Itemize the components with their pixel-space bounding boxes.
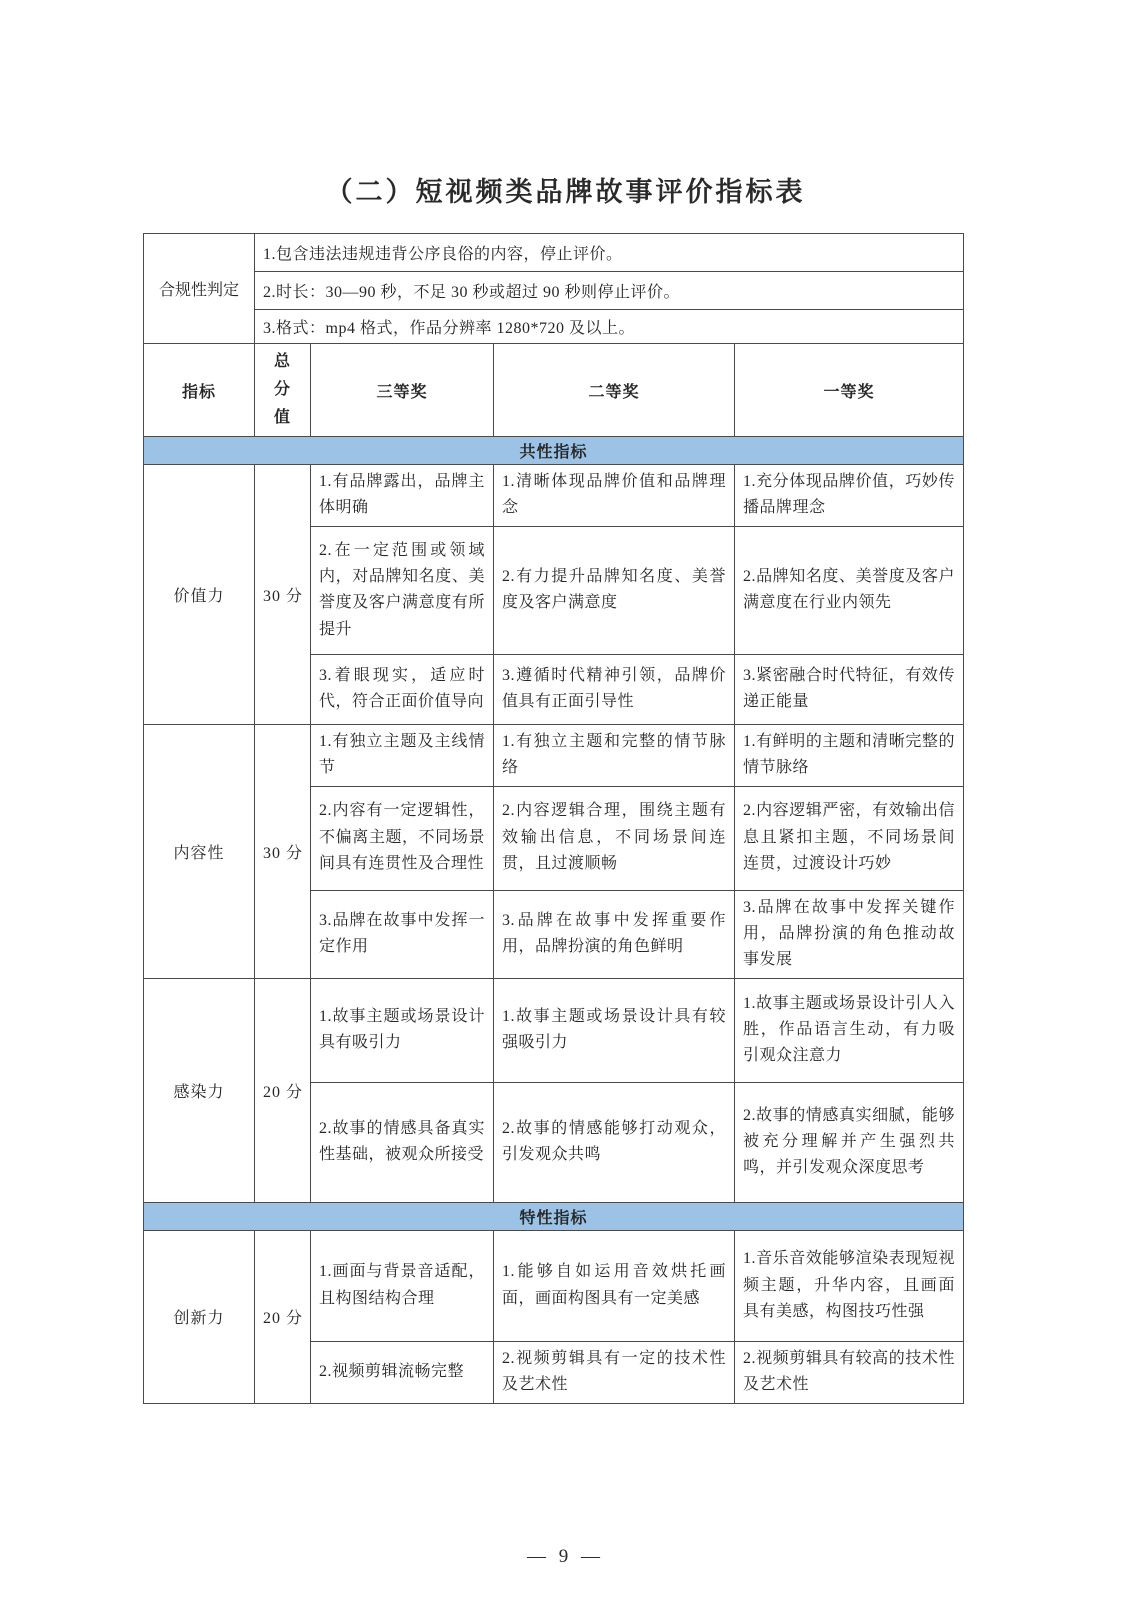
grade-cell-third: 1.故事主题或场景设计具有吸引力 [311,978,494,1082]
page-title: （二）短视频类品牌故事评价指标表 [0,170,1131,209]
table-row: 内容性 30 分 1.有独立主题及主线情节 1.有独立主题和完整的情节脉络 1.… [144,724,964,786]
group-name-content: 内容性 [144,724,255,978]
grade-cell-second: 2.有力提升品牌知名度、美誉度及客户满意度 [494,526,735,654]
group-name-appeal: 感染力 [144,978,255,1202]
page-number: — 9 — [0,1546,1131,1568]
group-score-appeal: 20 分 [255,978,311,1202]
grade-cell-first: 3.品牌在故事中发挥关键作用，品牌扮演的角色推动故事发展 [735,890,964,978]
grade-cell-third: 2.内容有一定逻辑性，不偏离主题，不同场景间具有连贯性及合理性 [311,786,494,890]
grade-cell-second: 2.故事的情感能够打动观众，引发观众共鸣 [494,1082,735,1202]
header-total-score: 总分值 [255,344,311,437]
grade-cell-third: 1.画面与背景音适配，且构图结构合理 [311,1230,494,1341]
grade-cell-third: 2.视频剪辑流畅完整 [311,1341,494,1403]
group-score-innovation: 20 分 [255,1230,311,1403]
grade-cell-first: 1.音乐音效能够渲染表现短视频主题，升华内容，且画面具有美感，构图技巧性强 [735,1230,964,1341]
header-total-score-text: 总分值 [273,348,291,432]
grade-cell-first: 2.故事的情感真实细腻，能够被充分理解并产生强烈共鸣，并引发观众深度思考 [735,1082,964,1202]
compliance-item-3: 3.格式：mp4 格式，作品分辨率 1280*720 及以上。 [255,310,964,344]
grade-cell-second: 1.有独立主题和完整的情节脉络 [494,724,735,786]
grade-cell-third: 3.品牌在故事中发挥一定作用 [311,890,494,978]
grade-cell-first: 2.内容逻辑严密，有效输出信息且紧扣主题，不同场景间连贯，过渡设计巧妙 [735,786,964,890]
grade-cell-second: 1.清晰体现品牌价值和品牌理念 [494,465,735,527]
table-row: 创新力 20 分 1.画面与背景音适配，且构图结构合理 1.能够自如运用音效烘托… [144,1230,964,1341]
grade-cell-first: 1.故事主题或场景设计引人入胜，作品语言生动，有力吸引观众注意力 [735,978,964,1082]
grade-cell-first: 3.紧密融合时代特征，有效传递正能量 [735,654,964,724]
grade-cell-first: 1.有鲜明的主题和清晰完整的情节脉络 [735,724,964,786]
table-row: 合规性判定 1.包含违法违规违背公序良俗的内容，停止评价。 [144,234,964,272]
header-second-prize: 二等奖 [494,344,735,437]
table-row: 3.格式：mp4 格式，作品分辨率 1280*720 及以上。 [144,310,964,344]
header-first-prize: 一等奖 [735,344,964,437]
compliance-label: 合规性判定 [144,234,255,344]
grade-cell-third: 2.在一定范围或领域内，对品牌知名度、美誉度及客户满意度有所提升 [311,526,494,654]
compliance-item-1: 1.包含违法违规违背公序良俗的内容，停止评价。 [255,234,964,272]
grade-cell-second: 1.能够自如运用音效烘托画面，画面构图具有一定美感 [494,1230,735,1341]
header-indicator: 指标 [144,344,255,437]
grade-cell-second: 3.遵循时代精神引领，品牌价值具有正面引导性 [494,654,735,724]
band-common-label: 共性指标 [144,437,964,465]
compliance-item-2: 2.时长：30—90 秒，不足 30 秒或超过 90 秒则停止评价。 [255,272,964,310]
group-name-innovation: 创新力 [144,1230,255,1403]
header-third-prize: 三等奖 [311,344,494,437]
table-row: 感染力 20 分 1.故事主题或场景设计具有吸引力 1.故事主题或场景设计具有较… [144,978,964,1082]
grade-cell-first: 2.视频剪辑具有较高的技术性及艺术性 [735,1341,964,1403]
grade-cell-second: 2.视频剪辑具有一定的技术性及艺术性 [494,1341,735,1403]
group-name-value: 价值力 [144,465,255,725]
grade-cell-second: 2.内容逻辑合理，围绕主题有效输出信息，不同场景间连贯，且过渡顺畅 [494,786,735,890]
grade-cell-first: 1.充分体现品牌价值，巧妙传播品牌理念 [735,465,964,527]
table-row: 2.时长：30—90 秒，不足 30 秒或超过 90 秒则停止评价。 [144,272,964,310]
grade-cell-first: 2.品牌知名度、美誉度及客户满意度在行业内领先 [735,526,964,654]
grade-cell-second: 3.品牌在故事中发挥重要作用，品牌扮演的角色鲜明 [494,890,735,978]
grade-cell-third: 1.有品牌露出，品牌主体明确 [311,465,494,527]
table-row: 价值力 30 分 1.有品牌露出，品牌主体明确 1.清晰体现品牌价值和品牌理念 … [144,465,964,527]
table-header-row: 指标 总分值 三等奖 二等奖 一等奖 [144,344,964,437]
group-score-value: 30 分 [255,465,311,725]
band-special: 特性指标 [144,1202,964,1230]
document-page: （二）短视频类品牌故事评价指标表 合规性判定 1.包含违法违规违背公序良俗的内容… [0,0,1131,1600]
group-score-content: 30 分 [255,724,311,978]
band-special-label: 特性指标 [144,1202,964,1230]
grade-cell-third: 2.故事的情感具备真实性基础，被观众所接受 [311,1082,494,1202]
grade-cell-third: 1.有独立主题及主线情节 [311,724,494,786]
grade-cell-third: 3.着眼现实，适应时代，符合正面价值导向 [311,654,494,724]
grade-cell-second: 1.故事主题或场景设计具有较强吸引力 [494,978,735,1082]
band-common: 共性指标 [144,437,964,465]
evaluation-table: 合规性判定 1.包含违法违规违背公序良俗的内容，停止评价。 2.时长：30—90… [143,233,964,1404]
